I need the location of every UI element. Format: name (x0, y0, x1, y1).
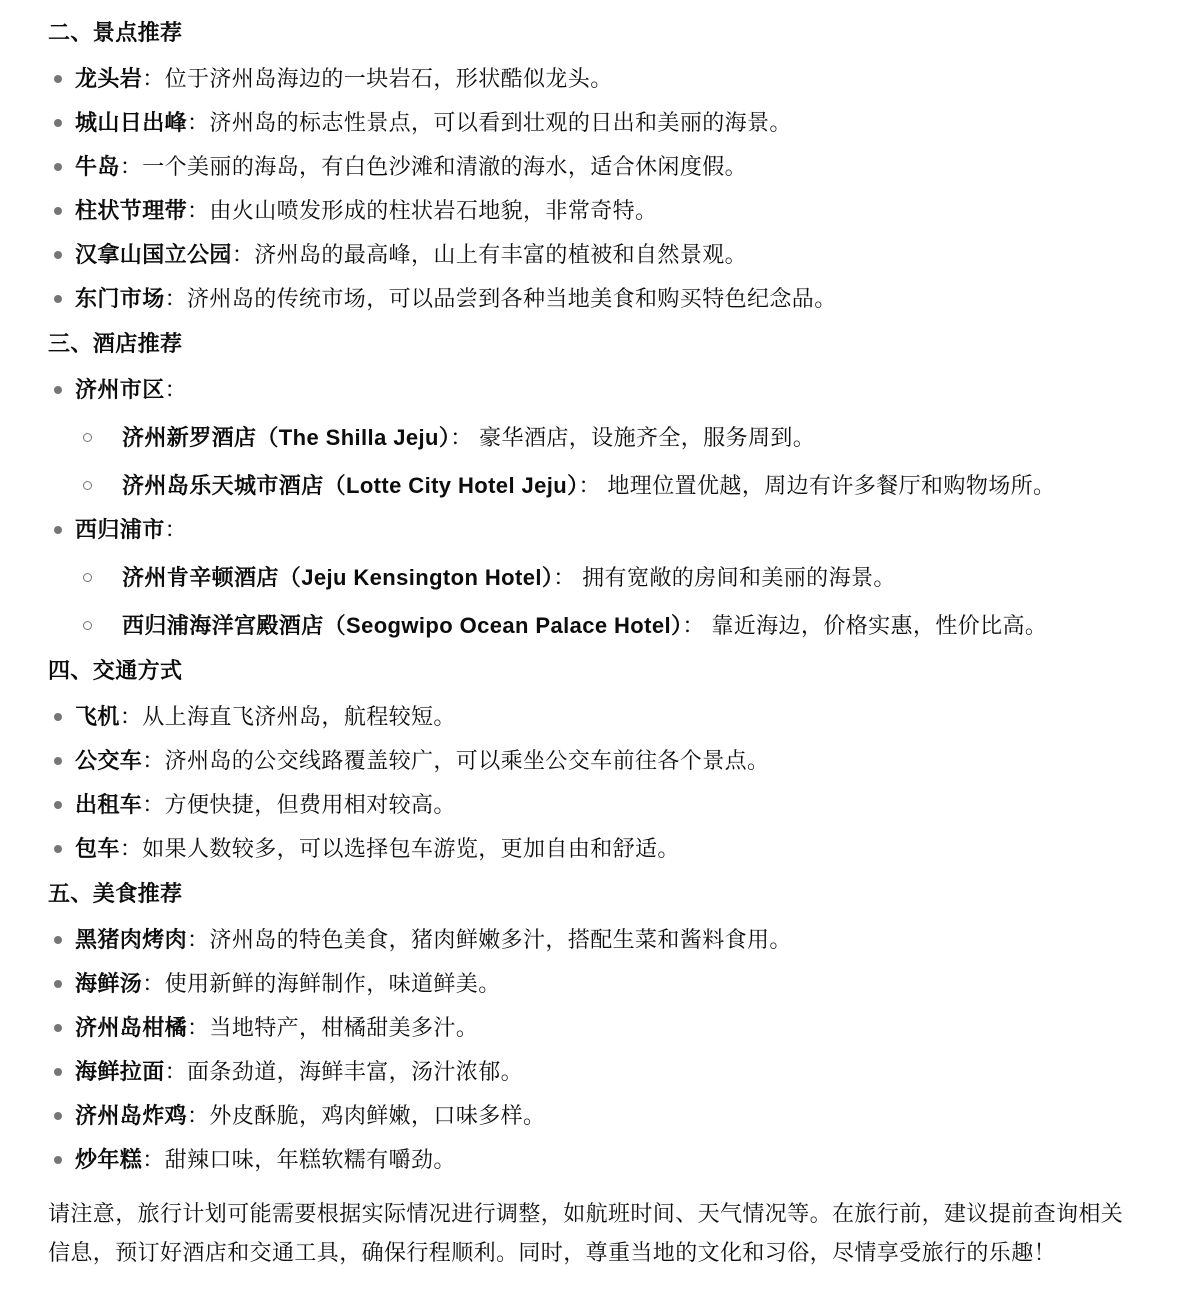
list-item: 东门市场：济州岛的传统市场，可以品尝到各种当地美食和购买特色纪念品。 (48, 281, 1144, 316)
bullet-icon (54, 75, 62, 83)
item-desc: ：济州岛的公交线路覆盖较广，可以乘坐公交车前往各个景点。 (142, 748, 769, 773)
item-term: 济州岛炸鸡 (75, 1103, 187, 1128)
item-term: 海鲜拉面 (75, 1059, 165, 1084)
item-desc: ：甜辣口味，年糕软糯有嚼劲。 (142, 1147, 456, 1172)
closing-note: 请注意，旅行计划可能需要根据实际情况进行调整，如航班时间、天气情况等。在旅行前，… (48, 1194, 1144, 1272)
item-term: 城山日出峰 (75, 110, 187, 135)
item-desc: ：位于济州岛海边的一块岩石，形状酷似龙头。 (142, 66, 612, 91)
item-desc: ： 拥有宽敞的房间和美丽的海景。 (553, 565, 896, 590)
sub-list-item: 济州岛乐天城市酒店（Lotte City Hotel Jeju）： 地理位置优越… (48, 468, 1144, 503)
bullet-icon (54, 713, 62, 721)
item-desc: ：济州岛的标志性景点，可以看到壮观的日出和美丽的海景。 (187, 110, 792, 135)
bullet-icon (54, 1068, 62, 1076)
list-item: 炒年糕：甜辣口味，年糕软糯有嚼劲。 (48, 1142, 1144, 1177)
item-desc: ：面条劲道，海鲜丰富，汤汁浓郁。 (165, 1059, 523, 1084)
bullet-icon (54, 119, 62, 127)
item-term: 西归浦市 (75, 517, 165, 542)
sub-list-item: 西归浦海洋宫殿酒店（Seogwipo Ocean Palace Hotel）： … (48, 608, 1144, 643)
bullet-icon (54, 757, 62, 765)
bullet-icon (54, 801, 62, 809)
item-desc: ： 豪华酒店，设施齐全，服务周到。 (450, 425, 815, 450)
sub-list-item: 济州肯辛顿酒店（Jeju Kensington Hotel）： 拥有宽敞的房间和… (48, 560, 1144, 595)
bullet-icon (54, 980, 62, 988)
item-desc: ：由火山喷发形成的柱状岩石地貌，非常奇特。 (187, 198, 657, 223)
item-desc: ：方便快捷，但费用相对较高。 (142, 792, 456, 817)
item-desc: ： 地理位置优越，周边有许多餐厅和购物场所。 (579, 473, 1056, 498)
bullet-icon (54, 163, 62, 171)
list-item: 龙头岩：位于济州岛海边的一块岩石，形状酷似龙头。 (48, 61, 1144, 96)
item-term: 黑猪肉烤肉 (75, 927, 187, 952)
hollow-bullet-icon (83, 621, 92, 630)
list-item: 柱状节理带：由火山喷发形成的柱状岩石地貌，非常奇特。 (48, 193, 1144, 228)
bullet-icon (54, 845, 62, 853)
item-term: 包车 (75, 836, 120, 861)
list-item: 济州岛柑橘：当地特产，柑橘甜美多汁。 (48, 1010, 1144, 1045)
item-term: 西归浦海洋宫殿酒店（Seogwipo Ocean Palace Hotel） (122, 613, 682, 638)
item-desc: ： (165, 377, 187, 402)
bullet-icon (54, 386, 62, 394)
item-desc: ：外皮酥脆，鸡肉鲜嫩，口味多样。 (187, 1103, 545, 1128)
bullet-icon (54, 1156, 62, 1164)
bullet-icon (54, 1112, 62, 1120)
item-desc: ：从上海直飞济州岛，航程较短。 (120, 704, 456, 729)
travel-plan-document: 二、景点推荐 龙头岩：位于济州岛海边的一块岩石，形状酷似龙头。 城山日出峰：济州… (0, 0, 1184, 1296)
bullet-icon (54, 295, 62, 303)
item-desc: ：当地特产，柑橘甜美多汁。 (187, 1015, 478, 1040)
list-item: 西归浦市： (48, 512, 1144, 547)
list-item: 包车：如果人数较多，可以选择包车游览，更加自由和舒适。 (48, 831, 1144, 866)
item-desc: ：一个美丽的海岛，有白色沙滩和清澈的海水，适合休闲度假。 (120, 154, 747, 179)
list-item: 飞机：从上海直飞济州岛，航程较短。 (48, 699, 1144, 734)
item-desc: ： (165, 517, 187, 542)
list-item: 济州市区： (48, 372, 1144, 407)
item-term: 出租车 (75, 792, 142, 817)
hollow-bullet-icon (83, 481, 92, 490)
item-desc: ：济州岛的传统市场，可以品尝到各种当地美食和购买特色纪念品。 (165, 286, 837, 311)
hollow-bullet-icon (83, 573, 92, 582)
bullet-icon (54, 1024, 62, 1032)
list-item: 出租车：方便快捷，但费用相对较高。 (48, 787, 1144, 822)
item-term: 炒年糕 (75, 1147, 142, 1172)
sub-list-item: 济州新罗酒店（The Shilla Jeju）： 豪华酒店，设施齐全，服务周到。 (48, 420, 1144, 455)
item-term: 龙头岩 (75, 66, 142, 91)
item-term: 济州新罗酒店（The Shilla Jeju） (122, 425, 450, 450)
item-desc: ：使用新鲜的海鲜制作，味道鲜美。 (142, 971, 500, 996)
bullet-icon (54, 251, 62, 259)
list-item: 济州岛炸鸡：外皮酥脆，鸡肉鲜嫩，口味多样。 (48, 1098, 1144, 1133)
bullet-icon (54, 936, 62, 944)
item-term: 东门市场 (75, 286, 165, 311)
item-term: 柱状节理带 (75, 198, 187, 223)
bullet-icon (54, 526, 62, 534)
item-term: 济州市区 (75, 377, 165, 402)
list-item: 汉拿山国立公园：济州岛的最高峰，山上有丰富的植被和自然景观。 (48, 237, 1144, 272)
list-item: 牛岛：一个美丽的海岛，有白色沙滩和清澈的海水，适合休闲度假。 (48, 149, 1144, 184)
item-term: 济州岛乐天城市酒店（Lotte City Hotel Jeju） (122, 473, 579, 498)
list-item: 海鲜汤：使用新鲜的海鲜制作，味道鲜美。 (48, 966, 1144, 1001)
item-desc: ： 靠近海边，价格实惠，性价比高。 (682, 613, 1047, 638)
section-heading-food: 五、美食推荐 (48, 879, 1144, 909)
hollow-bullet-icon (83, 433, 92, 442)
item-desc: ：济州岛的特色美食，猪肉鲜嫩多汁，搭配生菜和酱料食用。 (187, 927, 792, 952)
item-term: 牛岛 (75, 154, 120, 179)
item-term: 飞机 (75, 704, 120, 729)
item-term: 海鲜汤 (75, 971, 142, 996)
bullet-icon (54, 207, 62, 215)
list-item: 公交车：济州岛的公交线路覆盖较广，可以乘坐公交车前往各个景点。 (48, 743, 1144, 778)
section-heading-transport: 四、交通方式 (48, 656, 1144, 686)
item-term: 济州肯辛顿酒店（Jeju Kensington Hotel） (122, 565, 553, 590)
section-heading-attractions: 二、景点推荐 (48, 18, 1144, 48)
list-item: 黑猪肉烤肉：济州岛的特色美食，猪肉鲜嫩多汁，搭配生菜和酱料食用。 (48, 922, 1144, 957)
item-term: 公交车 (75, 748, 142, 773)
section-heading-hotels: 三、酒店推荐 (48, 329, 1144, 359)
item-term: 济州岛柑橘 (75, 1015, 187, 1040)
item-desc: ：济州岛的最高峰，山上有丰富的植被和自然景观。 (232, 242, 747, 267)
item-desc: ：如果人数较多，可以选择包车游览，更加自由和舒适。 (120, 836, 680, 861)
list-item: 城山日出峰：济州岛的标志性景点，可以看到壮观的日出和美丽的海景。 (48, 105, 1144, 140)
list-item: 海鲜拉面：面条劲道，海鲜丰富，汤汁浓郁。 (48, 1054, 1144, 1089)
item-term: 汉拿山国立公园 (75, 242, 232, 267)
